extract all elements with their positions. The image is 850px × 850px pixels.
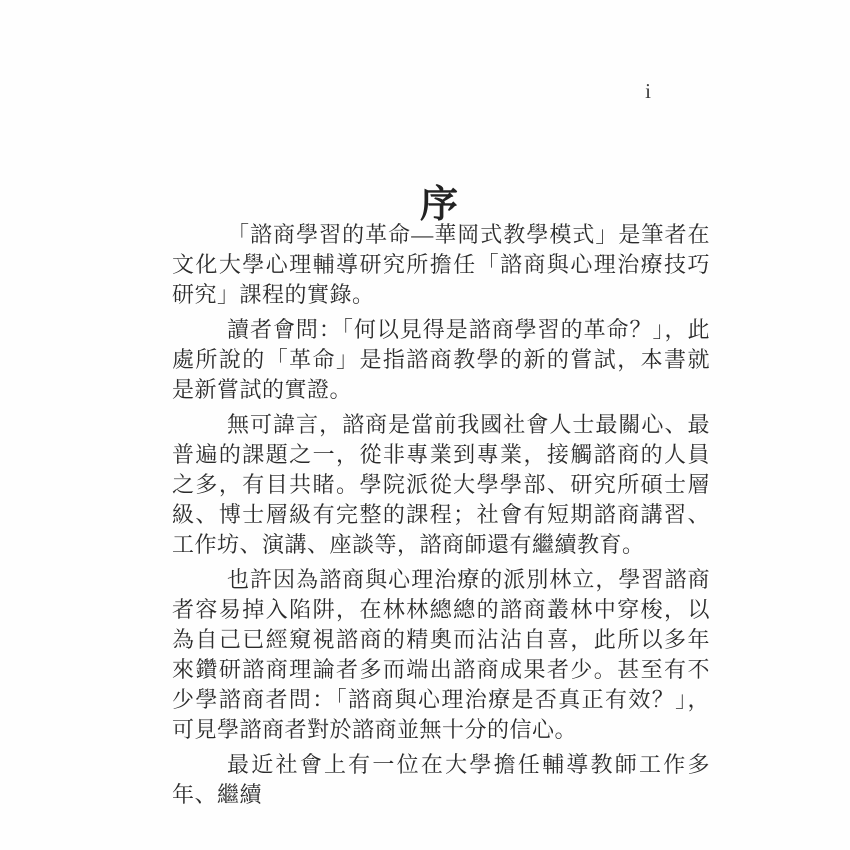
preface-paragraph: 讀者會問：「何以見得是諮商學習的革命？」，此處所說的「革命」是指諮商教學的新的嘗… <box>172 315 710 405</box>
preface-paragraph: 也許因為諮商與心理治療的派別林立，學習諮商者容易掉入陷阱，在林林總總的諮商叢林中… <box>172 565 710 745</box>
preface-paragraph: 最近社會上有一位在大學擔任輔導教師工作多年、繼續 <box>172 750 710 810</box>
book-page-scan: i 序 「諮商學習的革命—華岡式教學模式」是筆者在文化大學心理輔導研究所擔任「諮… <box>0 0 850 850</box>
page-number: i <box>636 79 660 104</box>
preface-paragraph: 「諮商學習的革命—華岡式教學模式」是筆者在文化大學心理輔導研究所擔任「諮商與心理… <box>172 220 710 310</box>
preface-body: 「諮商學習的革命—華岡式教學模式」是筆者在文化大學心理輔導研究所擔任「諮商與心理… <box>172 220 710 815</box>
preface-paragraph: 無可諱言，諮商是當前我國社會人士最關心、最普遍的課題之一，從非專業到專業，接觸諮… <box>172 410 710 560</box>
